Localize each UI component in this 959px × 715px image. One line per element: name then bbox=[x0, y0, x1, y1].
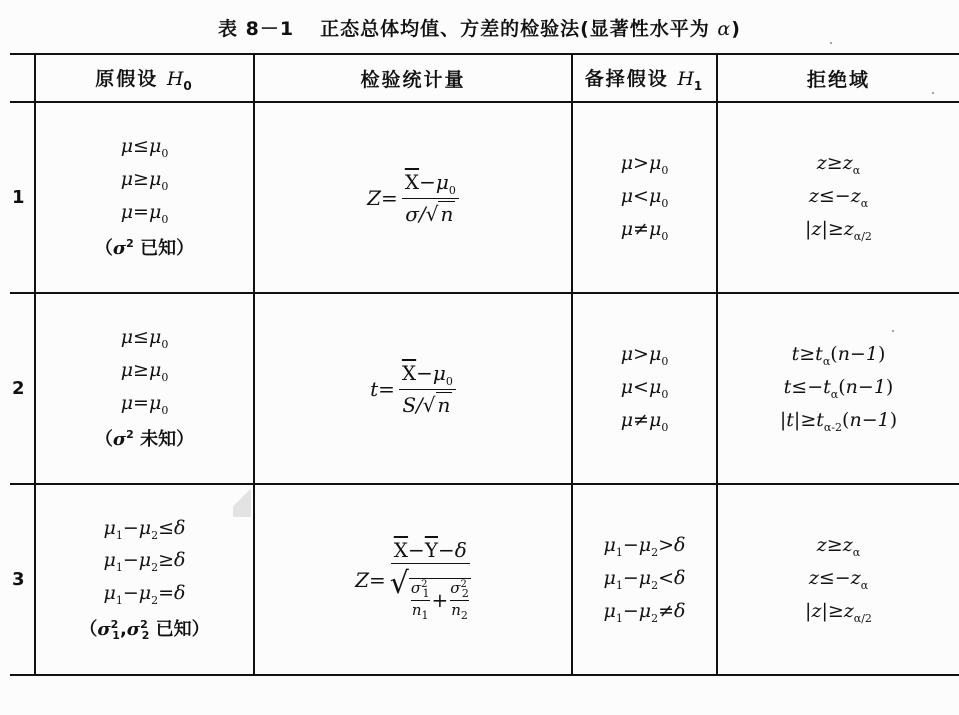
h1-line: μ1−μ2>δ bbox=[604, 534, 686, 559]
h1-line: μ≠μ0 bbox=[621, 218, 669, 243]
caption-close-paren: ) bbox=[731, 18, 741, 40]
header-h1-label: 备择假设 bbox=[585, 68, 678, 90]
test-statistic-cell: t= X−μ0S/√n bbox=[254, 293, 572, 484]
table-caption: 表 8－1正态总体均值、方差的检验法(显著性水平为 α) bbox=[0, 14, 959, 41]
formula-lhs: t= bbox=[370, 377, 395, 401]
h0-condition: （σ21,σ22 已知） bbox=[79, 615, 209, 643]
table-row: 1 μ≤μ0 μ≥μ0 μ=μ0 （σ2 已知） Z= X−μ0σ/√n μ>μ… bbox=[10, 102, 959, 293]
row-index: 1 bbox=[10, 102, 35, 293]
header-null-hypothesis: 原假设 H0 bbox=[35, 54, 254, 102]
table-row: 2 μ≤μ0 μ≥μ0 μ=μ0 （σ2 未知） t= X−μ0S/√n μ>μ… bbox=[10, 293, 959, 484]
table-row: 3 μ1−μ2≤δ μ1−μ2≥δ μ1−μ2=δ （σ21,σ22 已知） Z… bbox=[10, 484, 959, 675]
h1-line: μ1−μ2<δ bbox=[604, 567, 686, 592]
header-index bbox=[10, 54, 35, 102]
null-hypothesis-cell: μ≤μ0 μ≥μ0 μ=μ0 （σ2 已知） bbox=[35, 102, 254, 293]
hypothesis-test-table: 原假设 H0 检验统计量 备择假设 H1 拒绝域 1 μ≤μ0 μ≥μ0 μ=μ… bbox=[10, 53, 959, 676]
h1-line: μ1−μ2≠δ bbox=[604, 600, 686, 625]
rejection-region-cell: z≥zα z≤−zα |z|≥zα/2 bbox=[717, 484, 959, 675]
h0-line: μ=μ0 bbox=[121, 201, 169, 226]
alt-hypothesis-cell: μ>μ0 μ<μ0 μ≠μ0 bbox=[572, 102, 717, 293]
h0-condition: （σ2 未知） bbox=[95, 425, 194, 451]
scan-speck bbox=[892, 330, 894, 332]
z-statistic-formula: Z= X−μ0σ/√n bbox=[367, 170, 459, 226]
header-rejection-region: 拒绝域 bbox=[717, 54, 959, 102]
row-index: 2 bbox=[10, 293, 35, 484]
h0-line: μ≥μ0 bbox=[121, 359, 169, 384]
reject-line: t≥tα(n−1) bbox=[792, 343, 886, 368]
null-hypothesis-cell: μ1−μ2≤δ μ1−μ2≥δ μ1−μ2=δ （σ21,σ22 已知） bbox=[35, 484, 254, 675]
test-statistic-cell: Z= X−Y−δ √ σ21n1 + σ22n2 bbox=[254, 484, 572, 675]
two-sample-z-formula: Z= X−Y−δ √ σ21n1 + σ22n2 bbox=[355, 538, 471, 622]
alt-hypothesis-cell: μ>μ0 μ<μ0 μ≠μ0 bbox=[572, 293, 717, 484]
rejection-region-cell: t≥tα(n−1) t≤−tα(n−1) |t|≥tα-2(n−1) bbox=[717, 293, 959, 484]
h0-symbol: H bbox=[167, 68, 184, 90]
header-h0-label: 原假设 bbox=[95, 68, 167, 90]
row-index: 3 bbox=[10, 484, 35, 675]
h1-line: μ>μ0 bbox=[621, 152, 669, 177]
reject-line: z≤−zα bbox=[809, 567, 868, 592]
null-hypothesis-cell: μ≤μ0 μ≥μ0 μ=μ0 （σ2 未知） bbox=[35, 293, 254, 484]
table-title: 正态总体均值、方差的检验法(显著性水平为 bbox=[320, 18, 717, 40]
header-alt-hypothesis: 备择假设 H1 bbox=[572, 54, 717, 102]
h1-line: μ<μ0 bbox=[621, 185, 669, 210]
reject-line: z≤−zα bbox=[809, 185, 868, 210]
h0-line: μ≥μ0 bbox=[121, 168, 169, 193]
h0-line: μ1−μ2≤δ bbox=[104, 517, 186, 542]
reject-line: |z|≥zα/2 bbox=[805, 218, 872, 243]
alt-hypothesis-cell: μ1−μ2>δ μ1−μ2<δ μ1−μ2≠δ bbox=[572, 484, 717, 675]
formula-lhs: Z= bbox=[367, 186, 398, 210]
h1-line: μ≠μ0 bbox=[621, 409, 669, 434]
formula-lhs: Z= bbox=[355, 568, 386, 592]
scan-speck bbox=[932, 92, 934, 94]
h1-line: μ>μ0 bbox=[621, 343, 669, 368]
h0-line: μ1−μ2≥δ bbox=[104, 549, 186, 574]
t-statistic-formula: t= X−μ0S/√n bbox=[370, 361, 456, 417]
h0-subscript: 0 bbox=[183, 78, 193, 92]
header-test-statistic: 检验统计量 bbox=[254, 54, 572, 102]
h0-line: μ=μ0 bbox=[121, 392, 169, 417]
h0-condition: （σ2 已知） bbox=[95, 234, 194, 260]
h1-subscript: 1 bbox=[694, 78, 704, 92]
reject-line: z≥zα bbox=[817, 534, 860, 559]
rejection-region-cell: z≥zα z≤−zα |z|≥zα/2 bbox=[717, 102, 959, 293]
h0-line: μ≤μ0 bbox=[121, 135, 169, 160]
h1-symbol: H bbox=[677, 68, 694, 90]
h1-line: μ<μ0 bbox=[621, 376, 669, 401]
reject-line: |t|≥tα-2(n−1) bbox=[780, 409, 897, 434]
scan-smudge bbox=[233, 487, 251, 517]
h0-line: μ1−μ2=δ bbox=[104, 582, 186, 607]
table-number: 表 8－1 bbox=[218, 18, 294, 40]
reject-line: t≤−tα(n−1) bbox=[784, 376, 894, 401]
alpha-symbol: α bbox=[717, 18, 731, 40]
test-statistic-cell: Z= X−μ0σ/√n bbox=[254, 102, 572, 293]
scan-speck bbox=[830, 42, 832, 44]
header-row: 原假设 H0 检验统计量 备择假设 H1 拒绝域 bbox=[10, 54, 959, 102]
reject-line: |z|≥zα/2 bbox=[805, 600, 872, 625]
reject-line: z≥zα bbox=[817, 152, 860, 177]
h0-line: μ≤μ0 bbox=[121, 326, 169, 351]
